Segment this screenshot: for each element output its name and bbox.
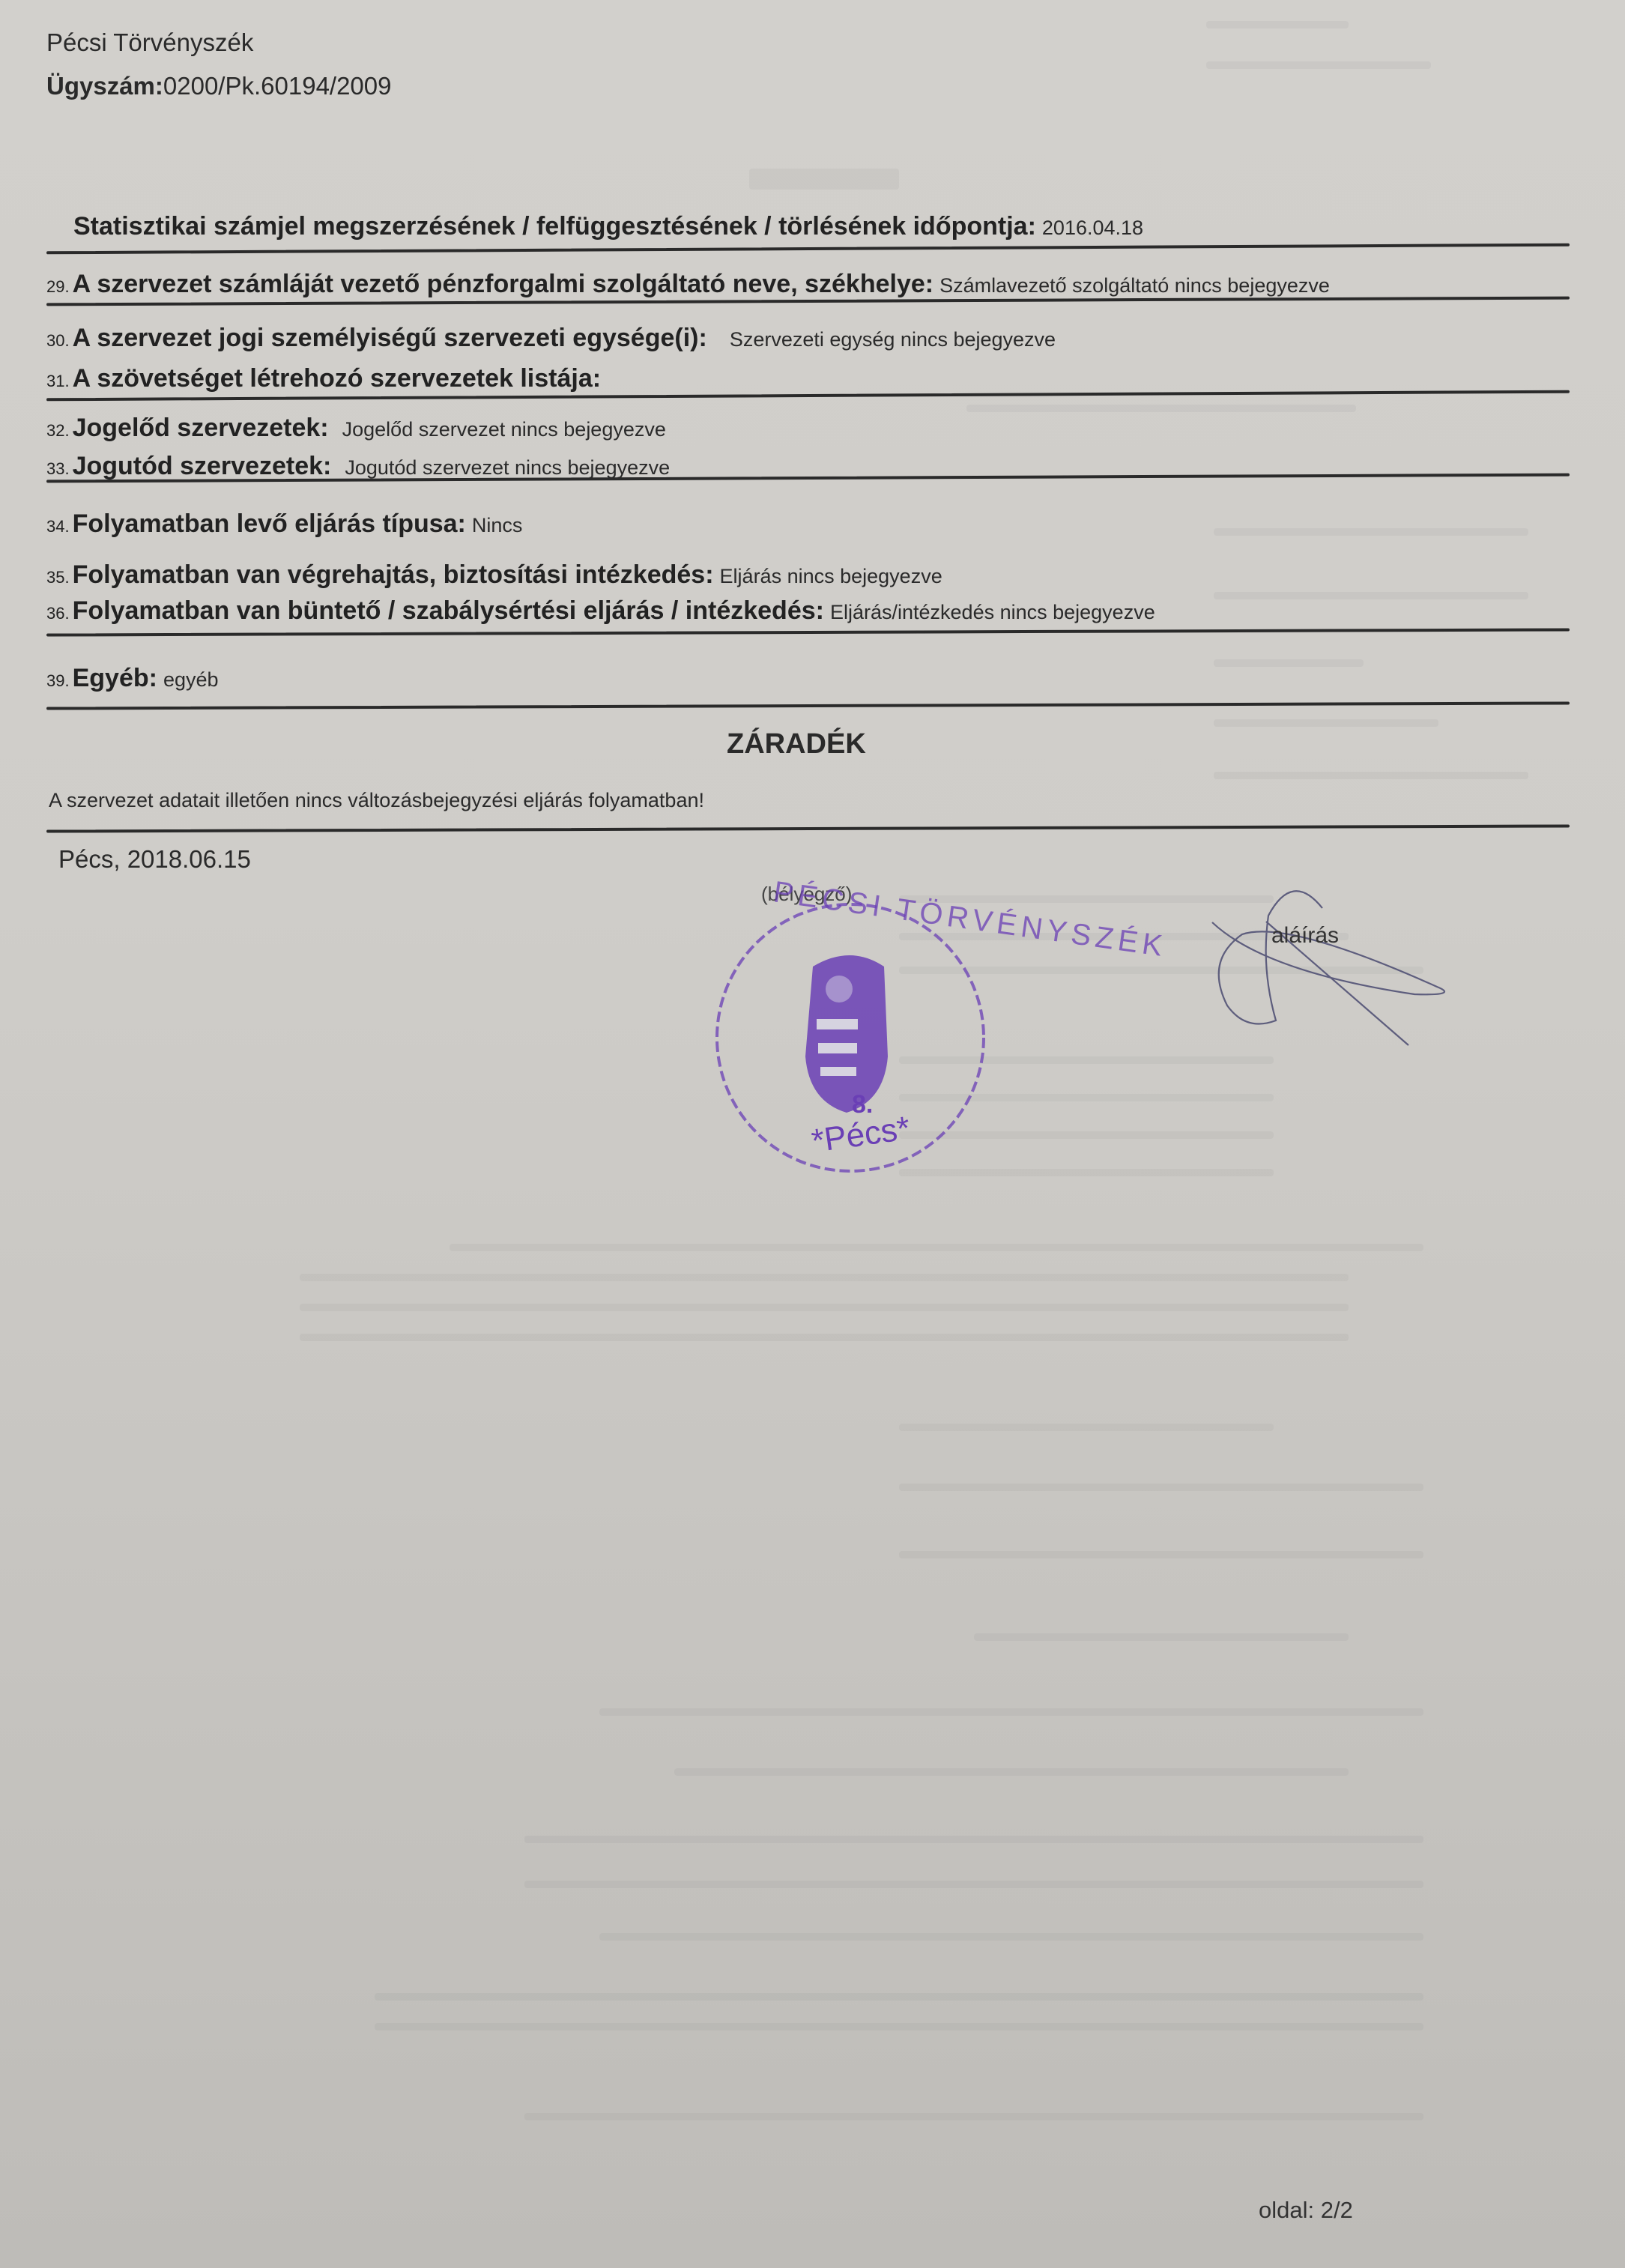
page-indicator: oldal: 2/2 — [1259, 2197, 1353, 2224]
signature-label: aláírás — [1271, 923, 1339, 949]
document-page: Pécsi Törvényszék Ügyszám:0200/Pk.60194/… — [0, 0, 1625, 2268]
signature-icon — [1212, 891, 1444, 1045]
